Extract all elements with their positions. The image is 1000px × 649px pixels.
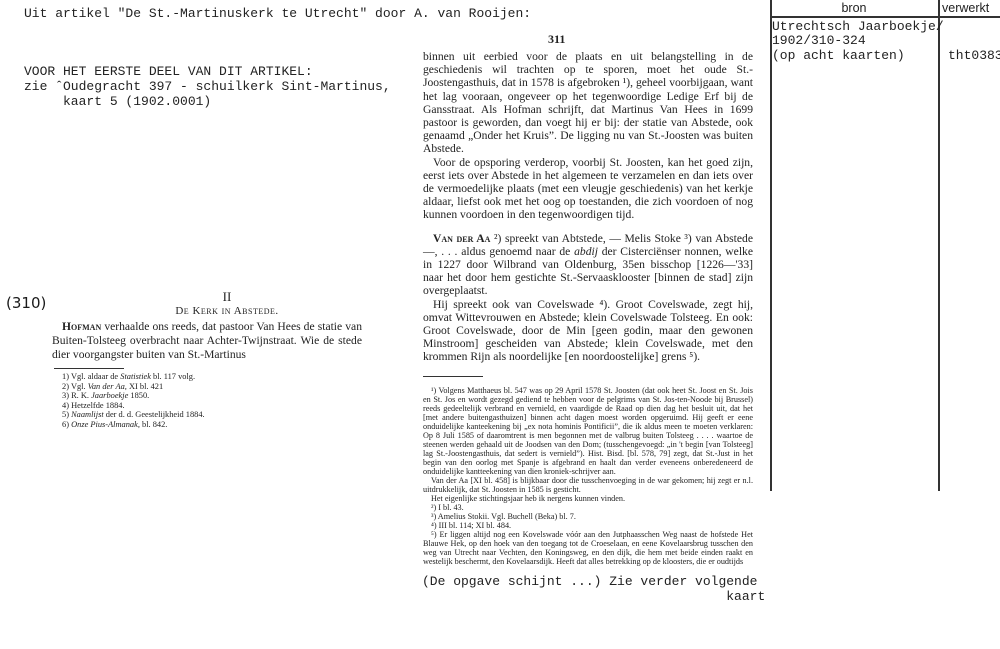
note-card-number: kaart 5 (1902.0001) — [24, 94, 211, 109]
footnote: ⁵) Er liggen altijd nog een Kovelswade v… — [423, 530, 753, 566]
note-heading: VOOR HET EERSTE DEEL VAN DIT ARTIKEL: — [24, 64, 313, 79]
footnote-divider — [54, 368, 124, 369]
paragraph: Hij spreekt ook van Covelswade ⁴). Groot… — [423, 298, 753, 364]
handwritten-page-number: (310) — [6, 294, 46, 312]
footnote: 4) Hetzelfde 1884. — [62, 401, 362, 410]
footnote-divider — [423, 376, 483, 377]
lead-word: Hofman — [62, 320, 101, 333]
footnote: ³) Amelius Stokii. Vgl. Buchell (Beka) b… — [423, 512, 753, 521]
footnote: 1) Vgl. aldaar de Statistiek bl. 117 vol… — [62, 372, 362, 381]
footnote: ⁴) III bl. 114; XI bl. 484. — [423, 521, 753, 530]
column-header-bron: bron — [770, 1, 938, 15]
table-border-left — [770, 0, 772, 491]
section-paragraph: Hofman verhaalde ons reeds, dat pastoor … — [52, 320, 362, 363]
note-reference: zie ˆOudegracht 397 - schuilkerk Sint-Ma… — [24, 79, 391, 94]
table-header-divider — [770, 16, 1000, 18]
excerpt-page-310: II De Kerk in Abstede. Hofman verhaalde … — [52, 290, 362, 429]
footnote: Van der Aa [XI bl. 458] is blijkbaar doo… — [423, 476, 753, 494]
column-header-verwerkt: verwerkt — [942, 1, 989, 15]
paragraph: Voor de opsporing verderop, voorbij St. … — [423, 156, 753, 222]
excerpt-page-311: binnen uit eerbied voor de plaats en uit… — [423, 50, 753, 566]
first-part-reference-note: VOOR HET EERSTE DEEL VAN DIT ARTIKEL: zi… — [24, 64, 391, 109]
table-border-middle — [938, 0, 940, 491]
footnote: 3) R. K. Jaarboekje 1850. — [62, 391, 362, 400]
continuation-note: (De opgave schijnt ...) Zie verder volge… — [422, 574, 765, 604]
table-cell-bron: Utrechtsch Jaarboekje/ 1902/310-324 (op … — [772, 20, 944, 63]
article-source-line: Uit artikel "De St.-Martinuskerk te Utre… — [24, 6, 531, 21]
paragraph: binnen uit eerbied voor de plaats en uit… — [423, 50, 753, 156]
source-table: bron verwerkt Utrechtsch Jaarboekje/ 190… — [770, 0, 1000, 491]
section-numeral: II — [92, 290, 362, 304]
printed-page-number: 311 — [548, 32, 565, 47]
section-title: De Kerk in Abstede. — [92, 304, 362, 318]
footnote: Het eigenlijke stichtingsjaar heb ik ner… — [423, 494, 753, 503]
footnote: 2) Vgl. Van der Aa, XI bl. 421 — [62, 382, 362, 391]
footnote: ²) I bl. 43. — [423, 503, 753, 512]
footnote: ¹) Volgens Matthaeus bl. 547 was op 29 A… — [423, 386, 753, 476]
paragraph: Van der Aa ²) spreekt van Abtstede, — Me… — [423, 232, 753, 298]
footnote: 6) Onze Pius-Almanak, bl. 842. — [62, 420, 362, 429]
table-cell-verwerkt: tht0383 — [948, 49, 1000, 63]
footnote: 5) Naamlijst der d. d. Geestelijkheid 18… — [62, 410, 362, 419]
